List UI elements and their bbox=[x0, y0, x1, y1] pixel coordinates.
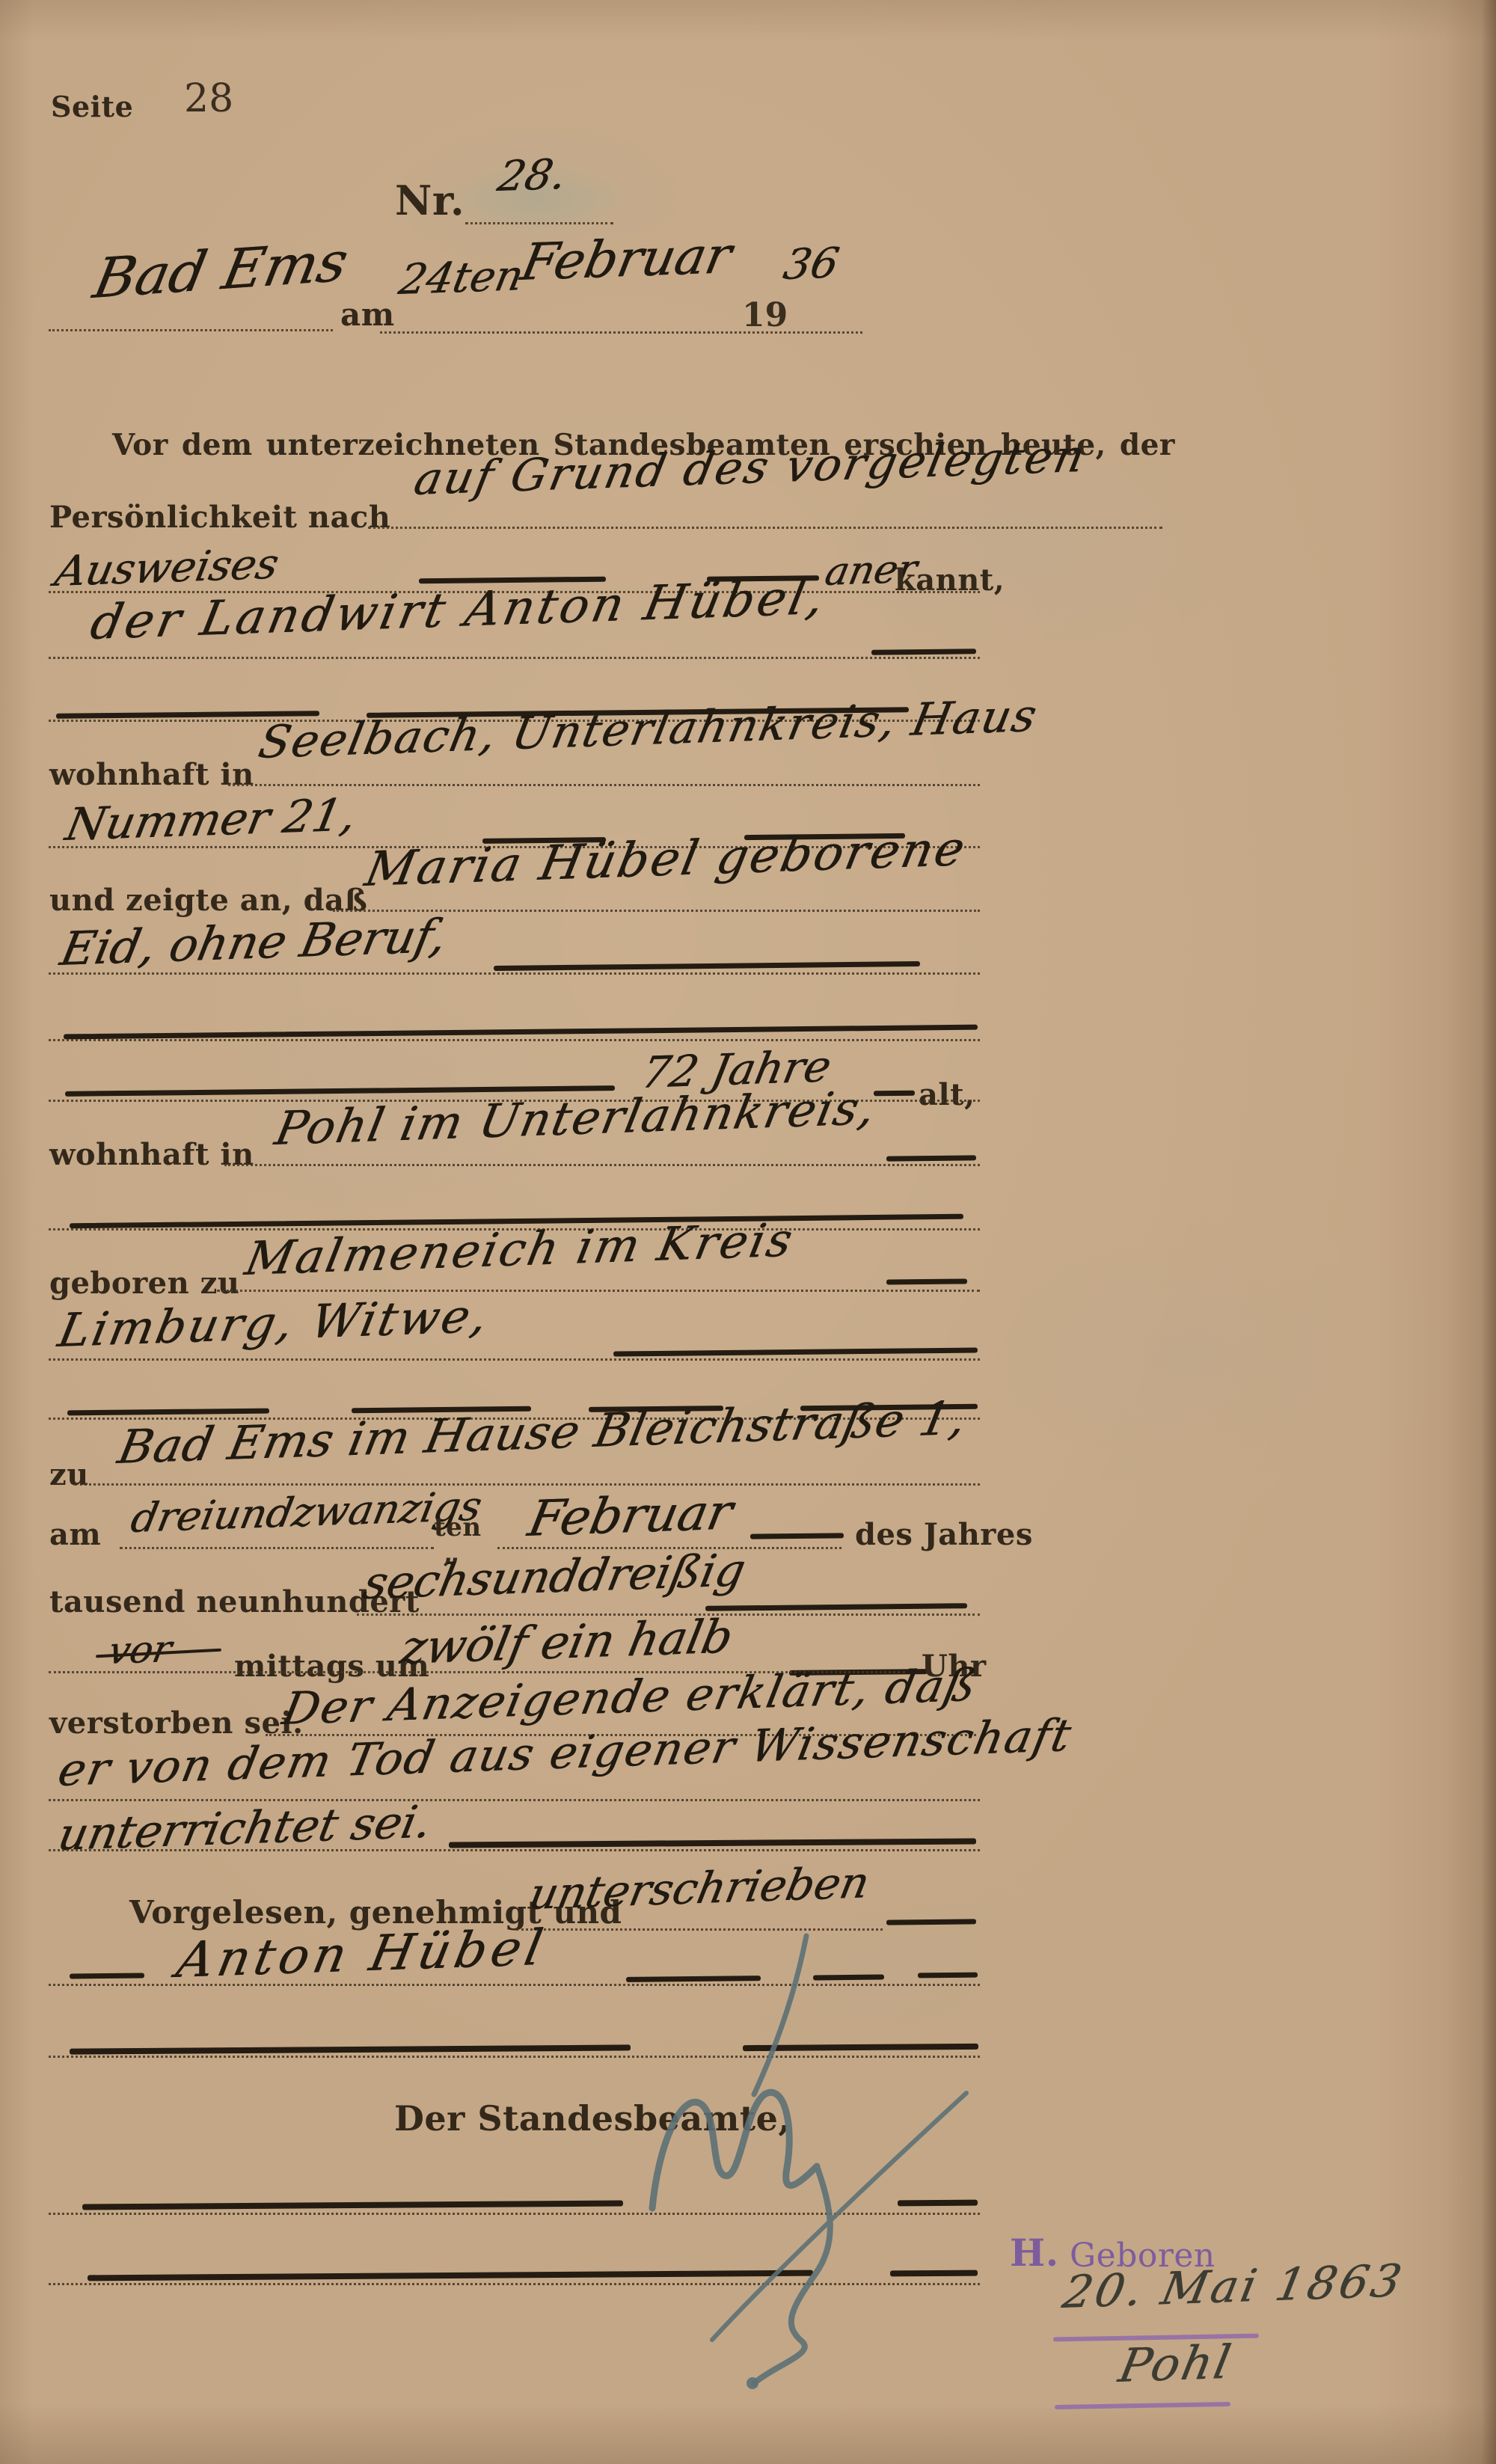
place-entry: Bad Ems bbox=[88, 230, 353, 311]
filler-line bbox=[898, 2200, 978, 2207]
filler-dash bbox=[871, 649, 976, 655]
filler-line bbox=[743, 2044, 978, 2051]
standesbeamte-label: Der Standesbeamte, bbox=[394, 2098, 791, 2139]
deceased-entry-2: Eid, ohne Beruf, bbox=[56, 908, 451, 976]
row-dotted-line bbox=[49, 1849, 980, 1851]
death-day-entry: dreiundzwanzigs bbox=[127, 1483, 485, 1542]
filler-dash bbox=[70, 1973, 144, 1979]
death-place-entry: Bad Ems im Hause Bleichstraße 1, bbox=[114, 1391, 972, 1474]
filler-line bbox=[88, 2270, 813, 2281]
stamp-birth-date-entry: 20. Mai 1863 bbox=[1058, 2255, 1408, 2319]
row-dotted-line bbox=[49, 2213, 980, 2215]
am-label: am bbox=[340, 296, 395, 333]
residence-entry-1: Seelbach, Unterlahnkreis, Haus bbox=[254, 690, 1042, 769]
date-month-entry: Februar bbox=[516, 226, 736, 292]
death-register-page: Seite 28 Nr. 28. Bad Ems am 24ten Februa… bbox=[0, 0, 1496, 2464]
filler-dash bbox=[886, 1278, 967, 1284]
death-month-entry: Februar bbox=[524, 1483, 738, 1548]
residence-entry-2: Nummer 21, bbox=[61, 789, 361, 851]
filler-dash bbox=[613, 1347, 978, 1356]
date-day-entry: 24ten bbox=[395, 251, 527, 304]
row-dotted-line bbox=[75, 1483, 980, 1486]
geboren-label: geboren zu bbox=[49, 1266, 239, 1301]
filler-dash bbox=[626, 1976, 761, 1982]
row-dotted-line bbox=[49, 1799, 980, 1801]
row-dotted-line bbox=[228, 784, 980, 786]
filler-dash bbox=[750, 1533, 844, 1539]
filler-dash bbox=[67, 1409, 269, 1416]
seite-label: Seite bbox=[51, 90, 133, 123]
filler-dash bbox=[705, 1603, 967, 1611]
filler-line bbox=[449, 1839, 976, 1848]
nr-value: 28. bbox=[494, 150, 570, 201]
filler-dash bbox=[64, 1025, 978, 1040]
row-dotted-line bbox=[120, 1547, 434, 1549]
row-dotted-line bbox=[49, 1358, 980, 1361]
row-dotted-line bbox=[217, 1290, 980, 1292]
identification2-entry: Ausweises bbox=[51, 540, 283, 596]
persoenlichkeit-label: Persönlichkeit nach bbox=[49, 500, 390, 535]
stamp-underline bbox=[1055, 2402, 1230, 2409]
filler-dash bbox=[918, 1973, 978, 1979]
filler-dash bbox=[813, 1975, 884, 1981]
row-dotted-line bbox=[49, 1984, 980, 1986]
filler-line bbox=[890, 2270, 978, 2277]
row-dotted-line bbox=[49, 1039, 980, 1041]
filler-line bbox=[82, 2200, 623, 2210]
wohnhaft-label: wohnhaft in bbox=[49, 757, 254, 792]
filler-dash bbox=[874, 1091, 915, 1097]
zu-label: zu bbox=[49, 1457, 89, 1492]
date-century-printed: 19 bbox=[742, 296, 788, 334]
vor-entry: vor bbox=[105, 1627, 175, 1673]
nr-dotted-line bbox=[465, 222, 613, 224]
death-year-entry: sechsunddreißig bbox=[359, 1544, 749, 1610]
identification-dotted-line bbox=[368, 527, 1162, 529]
des-jahres-label: des Jahres bbox=[855, 1517, 1033, 1552]
am2-label: am bbox=[49, 1517, 101, 1552]
filler-dash bbox=[886, 1919, 976, 1925]
filler-dash bbox=[494, 961, 920, 971]
stamp-birth-place-entry: Pohl bbox=[1115, 2335, 1237, 2393]
filler-line bbox=[70, 2044, 631, 2054]
alt-label: alt, bbox=[919, 1077, 975, 1112]
row-dotted-line bbox=[516, 1928, 883, 1931]
wohnhaft2-label: wohnhaft in bbox=[49, 1137, 254, 1172]
page-number: 28 bbox=[184, 76, 233, 121]
row-dotted-line bbox=[49, 2283, 980, 2285]
row-dotted-line bbox=[49, 657, 980, 659]
filler-dash bbox=[886, 1155, 976, 1161]
row-dotted-line bbox=[49, 2056, 980, 2058]
row-dotted-line bbox=[224, 1164, 980, 1166]
death-time-entry: zwölf ein halb bbox=[396, 1609, 738, 1675]
nr-label: Nr. bbox=[395, 177, 465, 224]
date-dotted-line bbox=[380, 331, 862, 334]
row-dotted-line bbox=[49, 972, 980, 975]
deceased-entry-1: Maria Hübel geborene bbox=[361, 821, 971, 898]
stamp-h-label: H. bbox=[1010, 2231, 1059, 2275]
declarant-signature: Anton Hübel bbox=[172, 1919, 551, 1989]
date-year-entry: 36 bbox=[779, 239, 843, 289]
unterschrieben-entry: unterschrieben bbox=[525, 1857, 874, 1919]
place-dotted-line bbox=[49, 329, 333, 331]
